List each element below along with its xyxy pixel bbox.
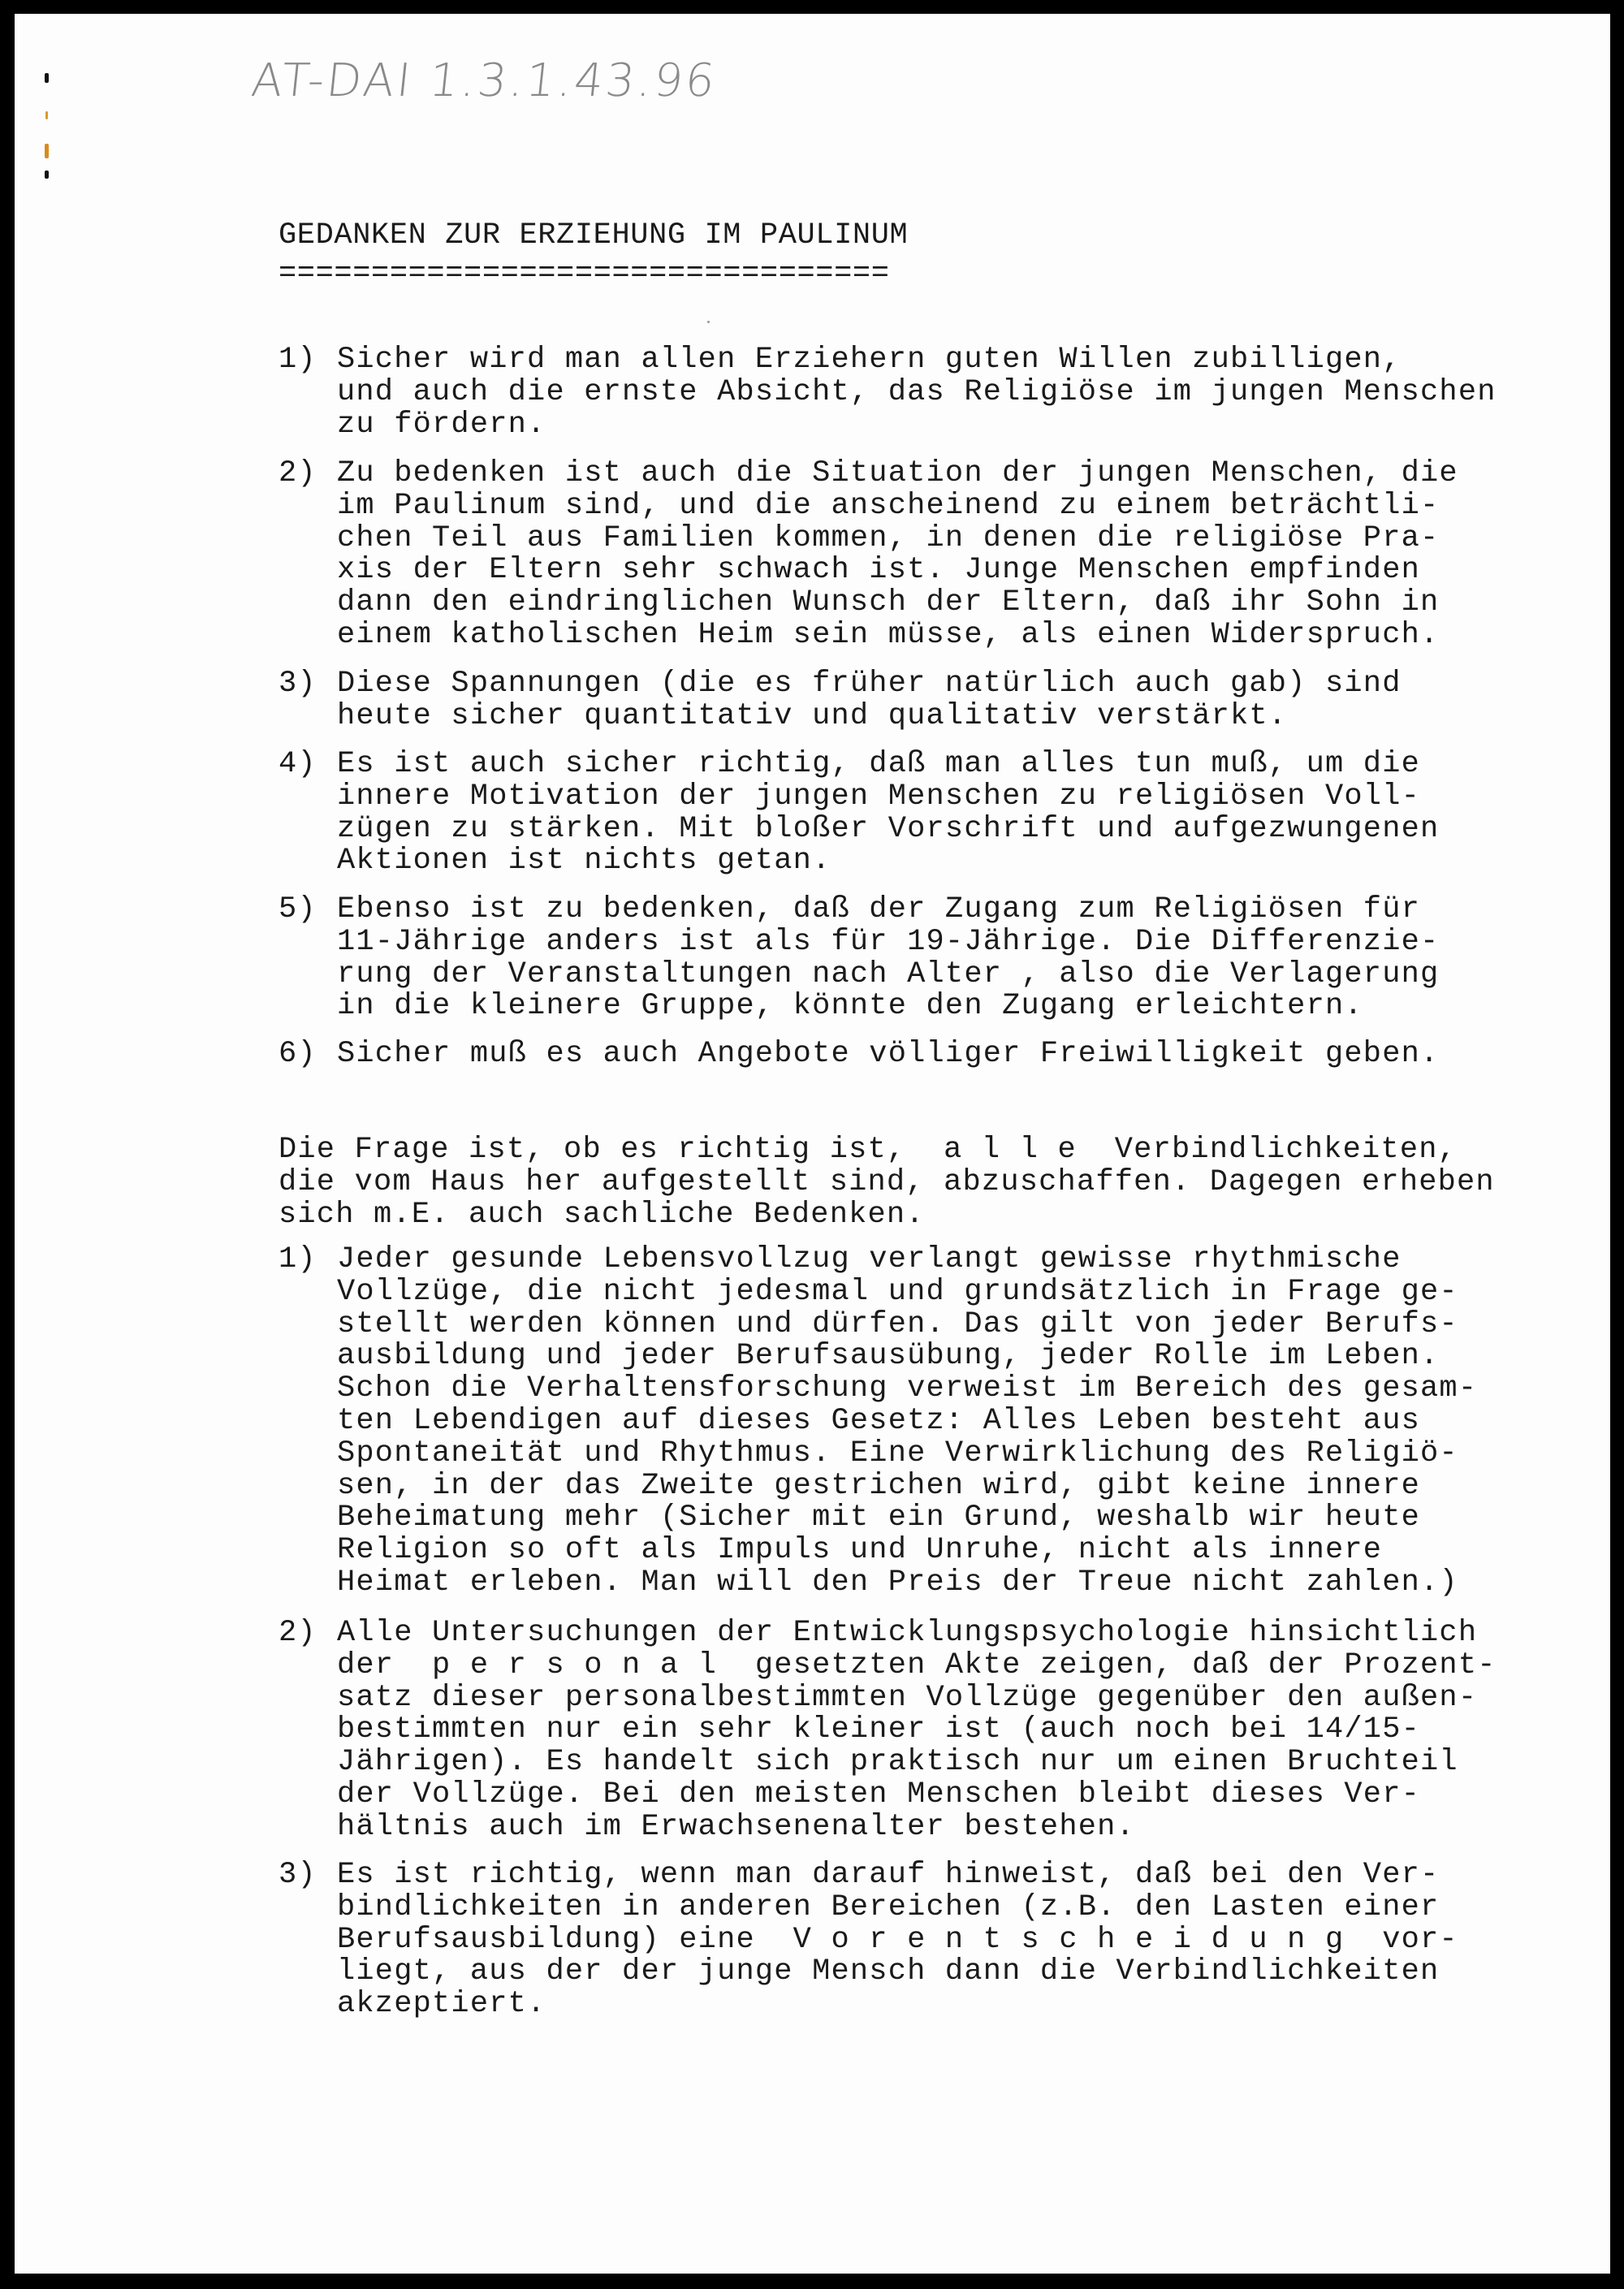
text-line: zu fördern. — [337, 409, 1497, 442]
text-line: ausbildung und jeder Berufsausübung, jed… — [337, 1341, 1477, 1373]
text-line: Vollzüge, die nicht jedesmal und grundsä… — [337, 1276, 1477, 1309]
text-line: Sicher muß es auch Angebote völliger Fre… — [337, 1039, 1439, 1071]
archive-annotation: AT-DAI 1.3.1.43.96 — [249, 54, 719, 107]
text-line: Spontaneität und Rhythmus. Eine Verwirkl… — [337, 1438, 1477, 1471]
text-line: Beheimatung mehr (Sicher mit ein Grund, … — [337, 1502, 1477, 1535]
text-line: Alle Untersuchungen der Entwicklungspsyc… — [337, 1617, 1497, 1650]
text-line: Jeder gesunde Lebensvollzug verlangt gew… — [337, 1244, 1477, 1276]
text-line: der p e r s o n a l gesetzten Akte zeige… — [337, 1650, 1497, 1682]
text-line: satz dieser personalbestimmten Vollzüge … — [337, 1682, 1497, 1715]
text-line: bestimmten nur ein sehr kleiner ist (auc… — [337, 1714, 1497, 1747]
text-line: einem katholischen Heim sein müsse, als … — [337, 620, 1458, 652]
text-line: liegt, aus der der junge Mensch dann die… — [337, 1956, 1458, 1989]
text-line: in die kleinere Gruppe, könnte den Zugan… — [337, 991, 1439, 1023]
text-line: Diese Spannungen (die es früher natürlic… — [337, 668, 1402, 701]
title-underline: ================================= — [279, 257, 890, 290]
document-page: AT-DAI 1.3.1.43.96 GEDANKEN ZUR ERZIEHUN… — [15, 14, 1610, 2274]
margin-mark-4 — [45, 171, 49, 179]
margin-mark-1 — [45, 73, 49, 83]
speck — [707, 321, 710, 323]
text-line: Berufsausbildung) eine V o r e n t s c h… — [337, 1924, 1458, 1957]
text-line: heute sicher quantitativ und qualitativ … — [337, 701, 1402, 733]
text-line: bindlichkeiten in anderen Bereichen (z.B… — [337, 1892, 1458, 1924]
text-line: Sicher wird man allen Erziehern guten Wi… — [337, 344, 1497, 377]
text-line: stellt werden können und dürfen. Das gil… — [337, 1309, 1477, 1341]
text-line: Aktionen ist nichts getan. — [337, 845, 1439, 878]
text-line: Es ist auch sicher richtig, daß man alle… — [337, 749, 1439, 781]
text-line: chen Teil aus Familien kommen, in denen … — [337, 523, 1458, 555]
item-number: 1) — [279, 344, 317, 377]
text-line: rung der Veranstaltungen nach Alter , al… — [337, 959, 1439, 991]
text-line: ten Lebendigen auf dieses Gesetz: Alles … — [337, 1406, 1477, 1438]
text-line: Religion so oft als Impuls und Unruhe, n… — [337, 1535, 1477, 1567]
text-line: Schon die Verhaltensforschung verweist i… — [337, 1373, 1477, 1406]
text-line: sen, in der das Zweite gestrichen wird, … — [337, 1471, 1477, 1503]
document-title: GEDANKEN ZUR ERZIEHUNG IM PAULINUM — [279, 219, 908, 252]
text-line: 11-Jährige anders ist als für 19-Jährige… — [337, 926, 1439, 959]
text-line: dann den eindringlichen Wunsch der Elter… — [337, 587, 1458, 620]
item-number: 4) — [279, 749, 317, 781]
item-number: 5) — [279, 894, 317, 926]
margin-mark-3 — [45, 144, 49, 158]
text-line: der Vollzüge. Bei den meisten Menschen b… — [337, 1779, 1497, 1812]
text-line: innere Motivation der jungen Menschen zu… — [337, 781, 1439, 814]
text-line: sich m.E. auch sachliche Bedenken. — [279, 1199, 1495, 1232]
margin-mark-2 — [45, 111, 48, 119]
item-number: 2) — [279, 1617, 317, 1650]
text-line: Es ist richtig, wenn man darauf hinweist… — [337, 1859, 1458, 1892]
item-number: 3) — [279, 1859, 317, 1892]
text-line: Heimat erleben. Man will den Preis der T… — [337, 1567, 1477, 1600]
item-number: 6) — [279, 1039, 317, 1071]
text-line: xis der Eltern sehr schwach ist. Junge M… — [337, 555, 1458, 587]
intro-paragraph: Die Frage ist, ob es richtig ist, a l l … — [279, 1134, 1495, 1231]
text-line: im Paulinum sind, und die anscheinend zu… — [337, 490, 1458, 523]
item-number: 3) — [279, 668, 317, 701]
text-line: Jährigen). Es handelt sich praktisch nur… — [337, 1747, 1497, 1779]
text-line: Zu bedenken ist auch die Situation der j… — [337, 458, 1458, 490]
text-line: hältnis auch im Erwachsenenalter bestehe… — [337, 1812, 1497, 1844]
item-number: 1) — [279, 1244, 317, 1276]
text-line: zügen zu stärken. Mit bloßer Vorschrift … — [337, 814, 1439, 846]
text-line: und auch die ernste Absicht, das Religiö… — [337, 377, 1497, 409]
text-line: die vom Haus her aufgestellt sind, abzus… — [279, 1167, 1495, 1199]
item-number: 2) — [279, 458, 317, 490]
text-line: akzeptiert. — [337, 1989, 1458, 2021]
text-line: Die Frage ist, ob es richtig ist, a l l … — [279, 1134, 1495, 1167]
text-line: Ebenso ist zu bedenken, daß der Zugang z… — [337, 894, 1439, 926]
